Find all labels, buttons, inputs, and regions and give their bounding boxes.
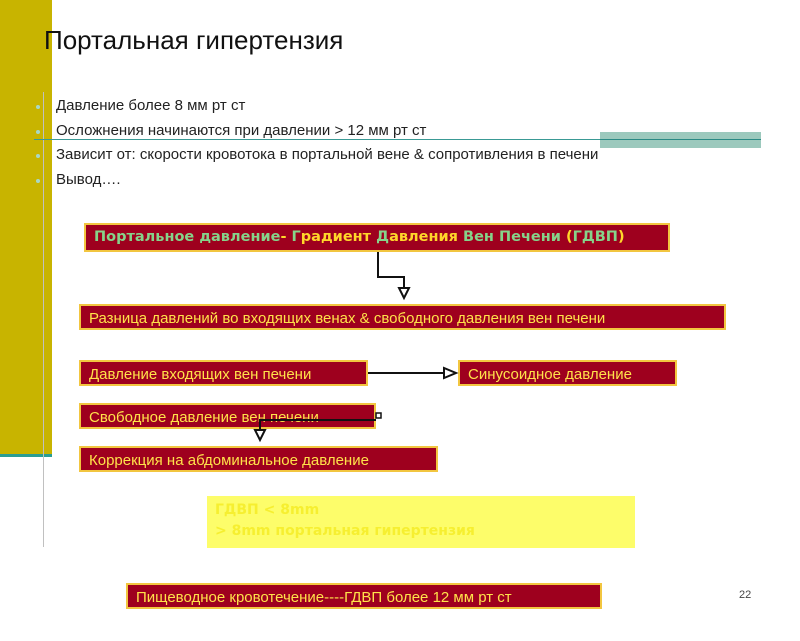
slide-title: Портальная гипертензия bbox=[44, 25, 343, 56]
title-box-segment: ( bbox=[561, 229, 573, 245]
decorative-teal-block bbox=[600, 132, 761, 148]
note-line-2: > 8mm портальная гипертензия bbox=[215, 521, 627, 542]
hvpg-threshold-note: ГДВП < 8mm > 8mm портальная гипертензия bbox=[207, 496, 635, 548]
title-box-segment: Г bbox=[292, 229, 301, 245]
bullet-list: Давление более 8 мм рт ст Осложнения нач… bbox=[36, 94, 598, 192]
bullet-item: Зависит от: скорости кровотока в порталь… bbox=[36, 143, 598, 168]
bullet-dot-icon bbox=[36, 130, 40, 134]
title-box-segment: Портальное давление bbox=[94, 229, 280, 245]
variceal-bleeding-box: Пищеводное кровотечение----ГДВП более 12… bbox=[126, 583, 602, 609]
decorative-teal-strip bbox=[0, 454, 52, 457]
bullet-dot-icon bbox=[36, 179, 40, 183]
title-box-segment: авления bbox=[389, 229, 463, 245]
bullet-dot-icon bbox=[36, 154, 40, 158]
arrow-title-to-difference-icon bbox=[378, 252, 409, 298]
bullet-dot-icon bbox=[36, 105, 40, 109]
title-box-segment: ) bbox=[618, 229, 625, 245]
arrow-inflow-to-sinusoidal-icon bbox=[368, 368, 456, 378]
decorative-gold-sidebar bbox=[0, 0, 52, 454]
bullet-item: Давление более 8 мм рт ст bbox=[36, 94, 598, 119]
pressure-difference-box: Разница давлений во входящих венах & сво… bbox=[79, 304, 726, 330]
abdominal-correction-box: Коррекция на абдоминальное давление bbox=[79, 446, 438, 472]
hvpg-definition-box: Портальное давление- Градиент Давления В… bbox=[84, 223, 670, 252]
title-box-segment: радиент bbox=[301, 229, 376, 245]
bullet-item: Осложнения начинаются при давлении > 12 … bbox=[36, 119, 598, 144]
title-box-segment: Вен Печени bbox=[463, 229, 561, 245]
note-line-1: ГДВП < 8mm bbox=[215, 500, 627, 521]
page-number: 22 bbox=[739, 589, 751, 601]
title-box-segment: - bbox=[280, 229, 291, 245]
inflow-pressure-box: Давление входящих вен печени bbox=[79, 360, 368, 386]
title-box-segment: Д bbox=[376, 229, 389, 245]
sinusoidal-pressure-box: Синусоидное давление bbox=[458, 360, 677, 386]
bullet-item: Вывод…. bbox=[36, 168, 598, 193]
title-box-segment: ГДВП bbox=[573, 229, 618, 245]
free-pressure-box: Свободное давление вен печени bbox=[79, 403, 376, 429]
